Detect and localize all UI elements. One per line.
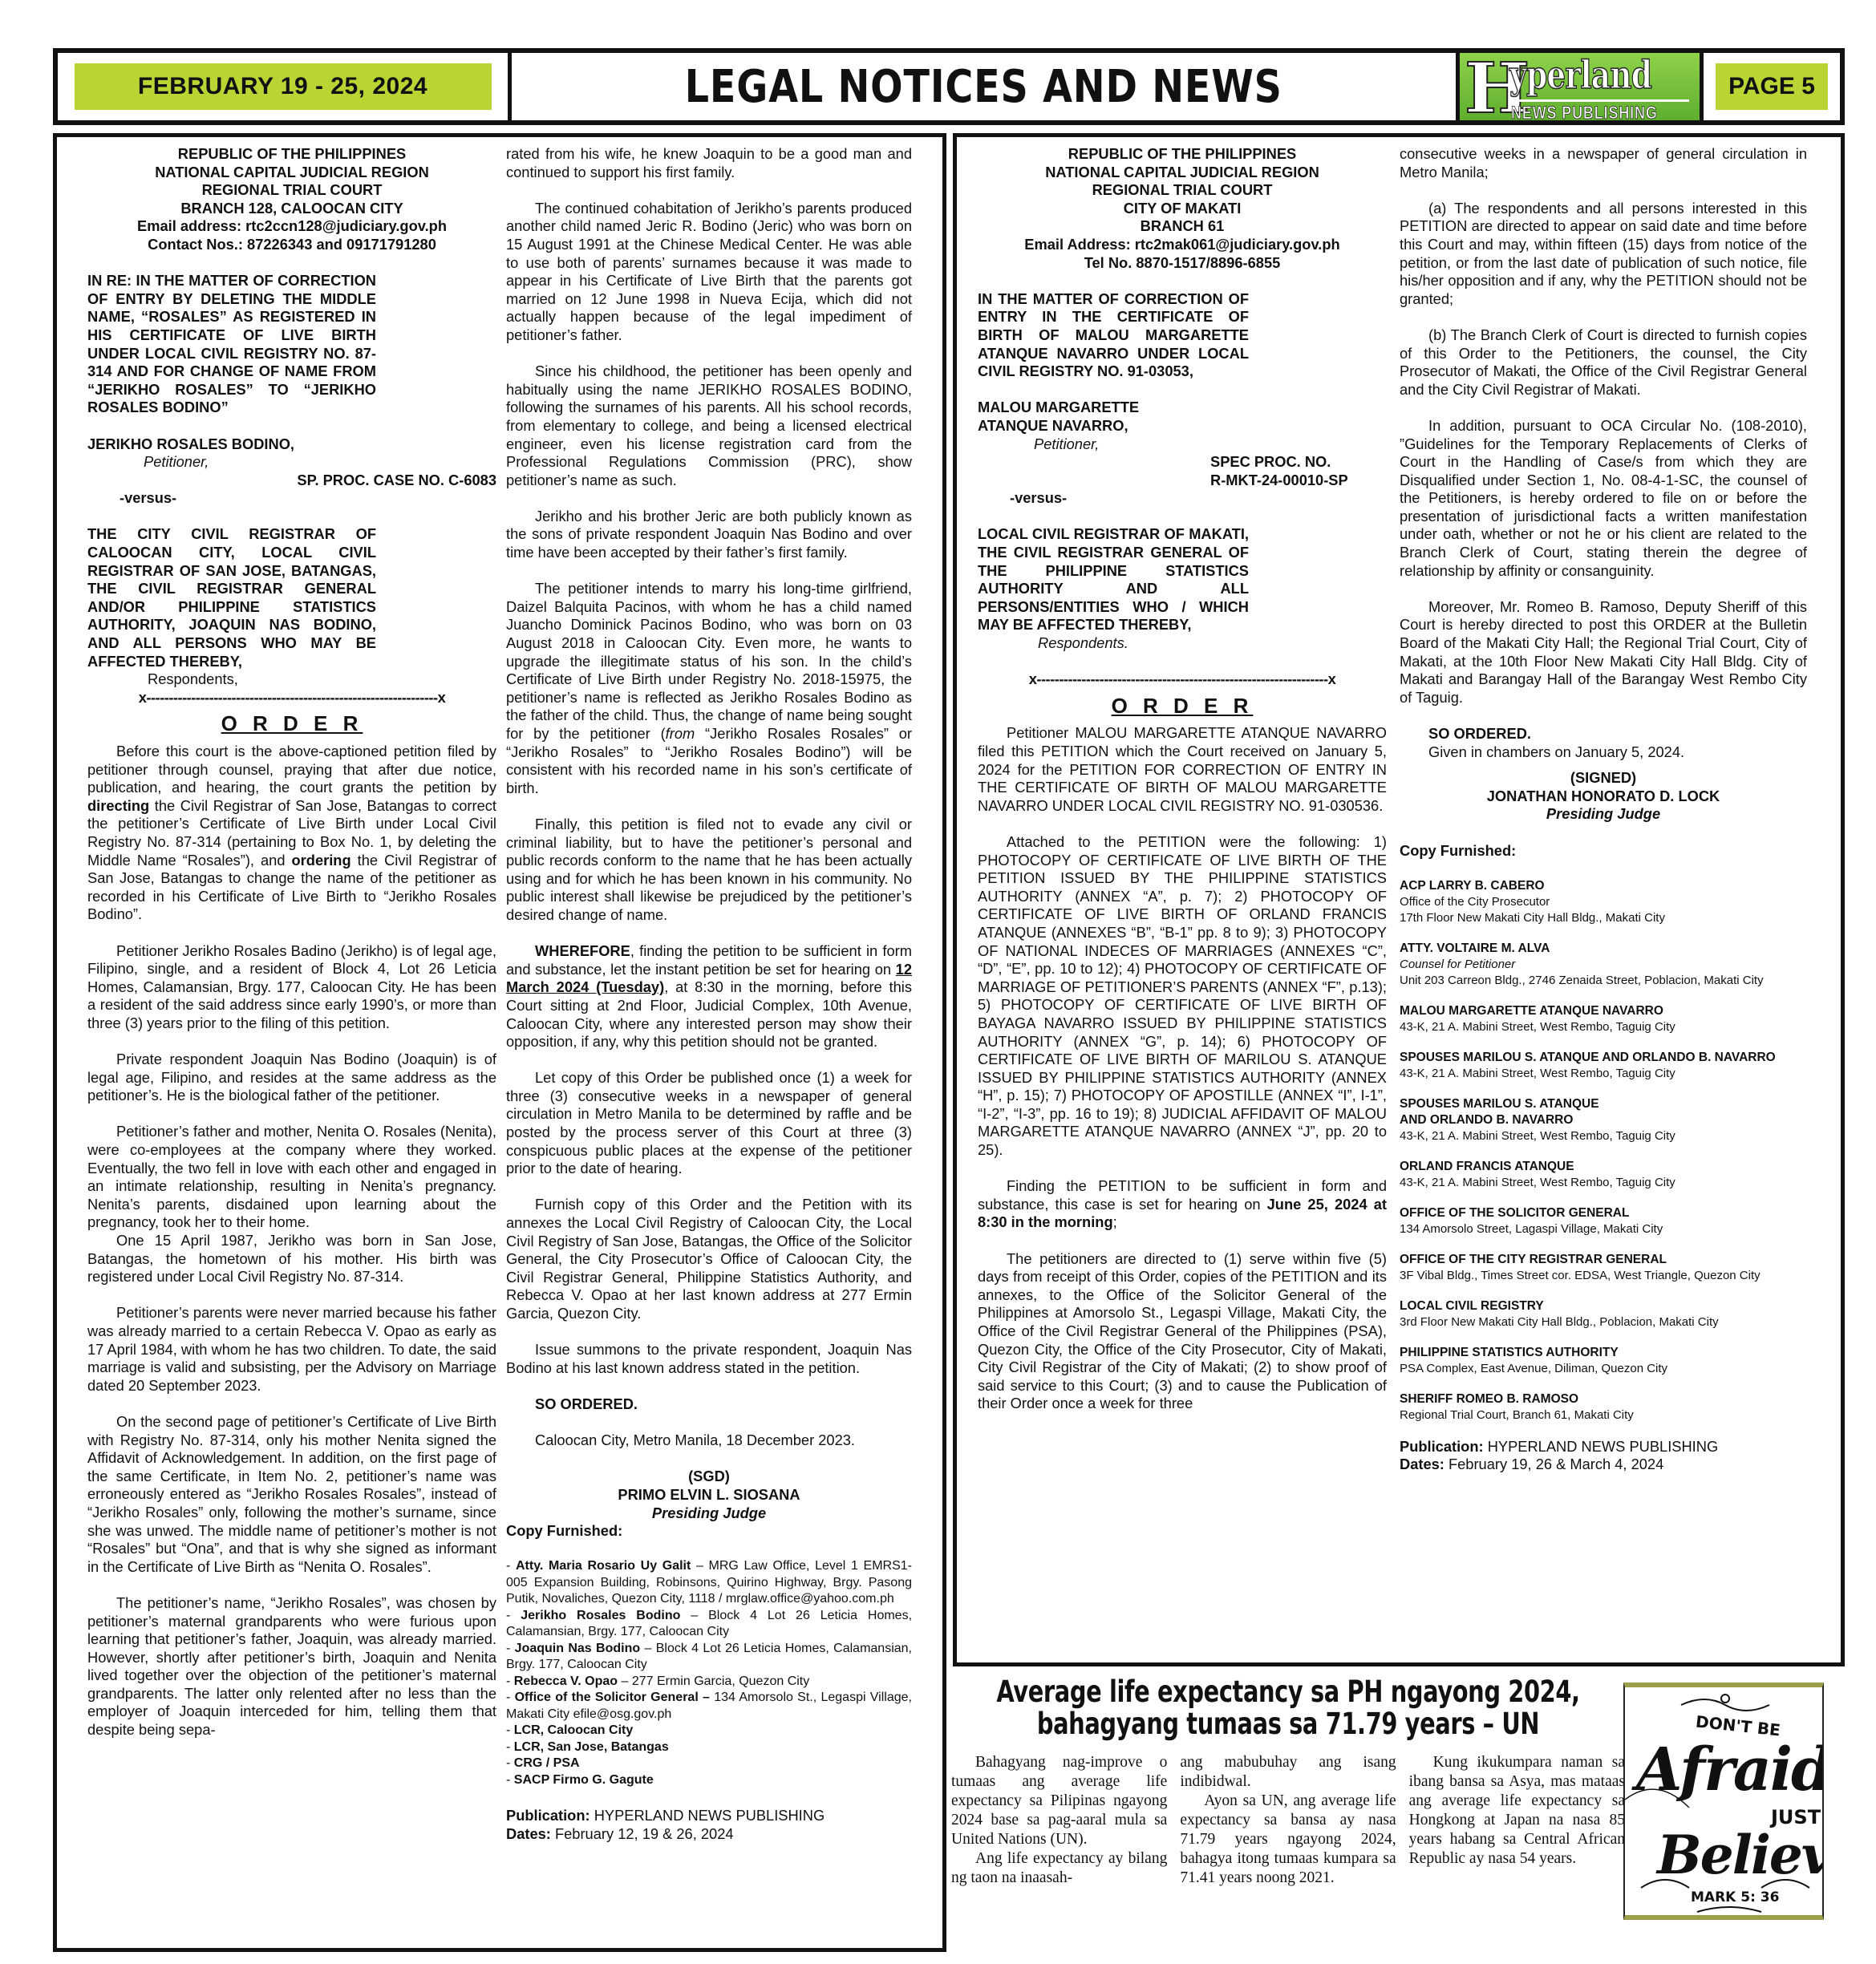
judge-title: Presiding Judge bbox=[1400, 805, 1807, 824]
case-number: R-MKT-24-00010-SP bbox=[978, 472, 1387, 490]
order-paragraph: On the second page of petitioner’s Certi… bbox=[87, 1413, 496, 1576]
case-caption: IN RE: IN THE MATTER OF CORRECTION OF EN… bbox=[87, 272, 376, 417]
copy-furnished-item: ORLAND FRANCIS ATANQUE 43-K, 21 A. Mabin… bbox=[1400, 1159, 1807, 1191]
article-paragraph: ang mabubuhay ang isang indibidwal. bbox=[1180, 1753, 1396, 1792]
order-paragraph: consecutive weeks in a newspaper of gene… bbox=[1400, 145, 1807, 181]
order-paragraph: Let copy of this Order be published once… bbox=[506, 1069, 912, 1178]
order-paragraph: The continued cohabitation of Jerikho’s … bbox=[506, 200, 912, 345]
copy-furnished-item: - Atty. Maria Rosario Uy Galit – MRG Law… bbox=[506, 1558, 912, 1608]
publication-dates: Dates: February 19, 26 & March 4, 2024 bbox=[1400, 1456, 1807, 1474]
copy-furnished-item: - LCR, San Jose, Batangas bbox=[506, 1739, 912, 1756]
notice2-column-1: REPUBLIC OF THE PHILIPPINES NATIONAL CAP… bbox=[978, 145, 1387, 1413]
wherefore-paragraph: WHEREFORE, finding the petition to be su… bbox=[506, 942, 912, 1051]
section-title: LEGAL NOTICES AND NEWS bbox=[685, 61, 1282, 113]
copy-furnished-item: OFFICE OF THE SOLICITOR GENERAL 134 Amor… bbox=[1400, 1205, 1807, 1237]
issue-date-cell: FEBRUARY 19 - 25, 2024 bbox=[58, 53, 512, 120]
copy-furnished-label: Copy Furnished: bbox=[1400, 842, 1807, 861]
respondents-label: Respondents, bbox=[87, 670, 496, 689]
logo-wordmark: yperland bbox=[1509, 53, 1651, 98]
directive-a: (a) The respondents and all persons inte… bbox=[1400, 200, 1807, 309]
copy-furnished-item: - LCR, Caloocan City bbox=[506, 1723, 912, 1739]
verse-line: Believe bbox=[1657, 1824, 1824, 1886]
copy-furnished-item: ATTY. VOLTAIRE M. ALVA Counsel for Petit… bbox=[1400, 941, 1807, 989]
section-title-cell: LEGAL NOTICES AND NEWS bbox=[512, 53, 1460, 120]
publication-dates: Dates: February 12, 19 & 26, 2024 bbox=[506, 1825, 912, 1844]
copy-furnished-item: OFFICE OF THE CITY REGISTRAR GENERAL 3F … bbox=[1400, 1252, 1807, 1284]
order-paragraph: The petitioners are directed to (1) serv… bbox=[978, 1250, 1387, 1413]
publisher-logo: H yperland NEWS PUBLISHING bbox=[1460, 53, 1704, 120]
publication-line: Publication: HYPERLAND NEWS PUBLISHING bbox=[506, 1807, 912, 1825]
court-email: Email address: rtc2ccn128@judiciary.gov.… bbox=[87, 217, 496, 236]
order-paragraph: Finally, this petition is filed not to e… bbox=[506, 816, 912, 925]
verse-line: Afraid bbox=[1636, 1735, 1824, 1804]
hearing-paragraph: Finding the PETITION to be sufficient in… bbox=[978, 1177, 1387, 1232]
petitioner-name: MALOU MARGARETTE bbox=[978, 399, 1387, 417]
verse-reference: MARK 5: 36 bbox=[1691, 1889, 1779, 1905]
copy-furnished-item: SPOUSES MARILOU S. ATANQUE AND ORLANDO B… bbox=[1400, 1096, 1807, 1144]
court-contact: Contact Nos.: 87226343 and 09171791280 bbox=[87, 236, 496, 254]
order-paragraph: Furnish copy of this Order and the Petit… bbox=[506, 1196, 912, 1322]
court-header-line: NATIONAL CAPITAL JUDICIAL REGION bbox=[978, 164, 1387, 182]
court-header-line: REPUBLIC OF THE PHILIPPINES bbox=[87, 145, 496, 164]
court-header-line: REGIONAL TRIAL COURT bbox=[87, 181, 496, 200]
order-paragraph: Moreover, Mr. Romeo B. Ramoso, Deputy Sh… bbox=[1400, 598, 1807, 707]
copy-furnished-list: ACP LARRY B. CABERO Office of the City P… bbox=[1400, 878, 1807, 1423]
court-header: REPUBLIC OF THE PHILIPPINES NATIONAL CAP… bbox=[978, 145, 1387, 272]
order-heading: O R D E R bbox=[978, 697, 1387, 715]
respondents: LOCAL CIVIL REGISTRAR OF MAKATI, THE CIV… bbox=[978, 525, 1249, 634]
article-headline: Average life expectancy sa PH ngayong 20… bbox=[950, 1676, 1626, 1740]
copy-furnished-item: - Joaquin Nas Bodino – Block 4 Lot 26 Le… bbox=[506, 1641, 912, 1674]
separator-line: x---------------------------------------… bbox=[87, 689, 496, 707]
place-date: Caloocan City, Metro Manila, 18 December… bbox=[506, 1431, 912, 1450]
order-paragraph: Petitioner’s parents were never married … bbox=[87, 1304, 496, 1395]
article-paragraph: Bahagyang nag-improve o tumaas ang avera… bbox=[951, 1753, 1167, 1849]
copy-furnished-item: - SACP Firmo G. Gagute bbox=[506, 1772, 912, 1789]
court-email: Email Address: rtc2mak061@judiciary.gov.… bbox=[978, 236, 1387, 254]
order-paragraph: Jerikho and his brother Jeric are both p… bbox=[506, 508, 912, 562]
petitioner-name: ATANQUE NAVARRO, bbox=[978, 417, 1387, 435]
petitioner-label: Petitioner, bbox=[87, 453, 496, 472]
copy-furnished-item: LOCAL CIVIL REGISTRY 3rd Floor New Makat… bbox=[1400, 1298, 1807, 1330]
issue-date: FEBRUARY 19 - 25, 2024 bbox=[75, 63, 492, 110]
article-column-2: ang mabubuhay ang isang indibidwal. Ayon… bbox=[1180, 1753, 1396, 1888]
court-header-line: NATIONAL CAPITAL JUDICIAL REGION bbox=[87, 164, 496, 182]
publication-line: Publication: HYPERLAND NEWS PUBLISHING bbox=[1400, 1438, 1807, 1456]
order-paragraph: Since his childhood, the petitioner has … bbox=[506, 362, 912, 489]
court-contact: Tel No. 8870-1517/8896-6855 bbox=[978, 254, 1387, 273]
copy-furnished-item: ACP LARRY B. CABERO Office of the City P… bbox=[1400, 878, 1807, 926]
copy-furnished-item: PHILIPPINE STATISTICS AUTHORITY PSA Comp… bbox=[1400, 1345, 1807, 1377]
so-ordered: SO ORDERED. bbox=[1400, 725, 1807, 743]
order-paragraph: In addition, pursuant to OCA Circular No… bbox=[1400, 417, 1807, 580]
logo-subtitle: NEWS PUBLISHING bbox=[1511, 103, 1658, 120]
copy-furnished-item: - Rebecca V. Opao – 277 Ermin Garcia, Qu… bbox=[506, 1674, 912, 1691]
court-header: REPUBLIC OF THE PHILIPPINES NATIONAL CAP… bbox=[87, 145, 496, 254]
notice1-column-2: rated from his wife, he knew Joaquin to … bbox=[506, 145, 912, 1843]
logo-divider bbox=[1513, 99, 1689, 102]
respondents: THE CITY CIVIL REGISTRAR OF CALOOCAN CIT… bbox=[87, 525, 376, 670]
court-header-line: REGIONAL TRIAL COURT bbox=[978, 181, 1387, 200]
bible-verse-artwork: DON'T BE Afraid JUST Believe MARK 5: 36 bbox=[1623, 1683, 1824, 1920]
article-paragraph: Kung ikukumpara naman sa ibang bansa sa … bbox=[1409, 1753, 1625, 1869]
order-paragraph: The petitioner intends to marry his long… bbox=[506, 580, 912, 797]
notice1-column-1: REPUBLIC OF THE PHILIPPINES NATIONAL CAP… bbox=[87, 145, 496, 1739]
news-article-life-expectancy: Average life expectancy sa PH ngayong 20… bbox=[951, 1676, 1625, 1957]
separator-line: x---------------------------------------… bbox=[978, 670, 1387, 689]
order-paragraph: Petitioner’s father and mother, Nenita O… bbox=[87, 1123, 496, 1232]
court-header-line: REPUBLIC OF THE PHILIPPINES bbox=[978, 145, 1387, 164]
order-paragraph: Private respondent Joaquin Nas Bodino (J… bbox=[87, 1051, 496, 1105]
order-paragraph: Issue summons to the private respondent,… bbox=[506, 1341, 912, 1377]
order-paragraph: Petitioner Jerikho Rosales Badino (Jerik… bbox=[87, 942, 496, 1033]
signed-mark: (SIGNED) bbox=[1400, 769, 1807, 788]
versus-label: -versus- bbox=[87, 489, 496, 508]
copy-furnished-list: - Atty. Maria Rosario Uy Galit – MRG Law… bbox=[506, 1558, 912, 1788]
order-heading: O R D E R bbox=[87, 715, 496, 733]
case-caption: IN THE MATTER OF CORRECTION OF ENTRY IN … bbox=[978, 290, 1249, 381]
copy-furnished-item: - Office of the Solicitor General – 134 … bbox=[506, 1690, 912, 1723]
given-date: Given in chambers on January 5, 2024. bbox=[1400, 743, 1807, 762]
order-paragraph: Attached to the PETITION were the follow… bbox=[978, 833, 1387, 1160]
masthead: FEBRUARY 19 - 25, 2024 LEGAL NOTICES AND… bbox=[53, 48, 1845, 125]
copy-furnished-item: SPOUSES MARILOU S. ATANQUE AND ORLANDO B… bbox=[1400, 1050, 1807, 1082]
court-header-line: BRANCH 61 bbox=[978, 217, 1387, 236]
order-paragraph: Before this court is the above-captioned… bbox=[87, 743, 496, 924]
page-number: PAGE 5 bbox=[1716, 63, 1828, 110]
article-column-3: Kung ikukumpara naman sa ibang bansa sa … bbox=[1409, 1753, 1625, 1888]
copy-furnished-label: Copy Furnished: bbox=[506, 1522, 912, 1541]
case-number: SPEC PROC. NO. bbox=[978, 453, 1387, 472]
directive-b: (b) The Branch Clerk of Court is directe… bbox=[1400, 326, 1807, 399]
judge-name: JONATHAN HONORATO D. LOCK bbox=[1400, 788, 1807, 806]
order-paragraph: One 15 April 1987, Jerikho was born in S… bbox=[87, 1232, 496, 1286]
case-number: SP. PROC. CASE NO. C-6083 bbox=[87, 472, 496, 490]
copy-furnished-item: - CRG / PSA bbox=[506, 1755, 912, 1772]
copy-furnished-item: - Jerikho Rosales Bodino – Block 4 Lot 2… bbox=[506, 1608, 912, 1641]
article-paragraph: Ang life expectancy ay bilang ng taon na… bbox=[951, 1849, 1167, 1888]
notice2-column-2: consecutive weeks in a newspaper of gene… bbox=[1400, 145, 1807, 1474]
copy-furnished-item: SHERIFF ROMEO B. RAMOSO Regional Trial C… bbox=[1400, 1391, 1807, 1423]
article-paragraph: Ayon sa UN, ang average life expectancy … bbox=[1180, 1792, 1396, 1888]
legal-notice-makati: REPUBLIC OF THE PHILIPPINES NATIONAL CAP… bbox=[953, 133, 1845, 1666]
article-column-1: Bahagyang nag-improve o tumaas ang avera… bbox=[951, 1753, 1167, 1888]
judge-name: PRIMO ELVIN L. SIOSANA bbox=[506, 1486, 912, 1504]
versus-label: -versus- bbox=[978, 489, 1387, 508]
petitioner-name: JERIKHO ROSALES BODINO, bbox=[87, 435, 496, 454]
article-body: Bahagyang nag-improve o tumaas ang avera… bbox=[951, 1753, 1625, 1888]
petitioner-label: Petitioner, bbox=[978, 435, 1387, 454]
order-paragraph: Petitioner MALOU MARGARETTE ATANQUE NAVA… bbox=[978, 724, 1387, 815]
court-header-line: CITY OF MAKATI bbox=[978, 200, 1387, 218]
signed-mark: (SGD) bbox=[506, 1468, 912, 1486]
order-paragraph: rated from his wife, he knew Joaquin to … bbox=[506, 145, 912, 181]
page-number-cell: PAGE 5 bbox=[1704, 53, 1840, 120]
legal-notice-caloocan: REPUBLIC OF THE PHILIPPINES NATIONAL CAP… bbox=[53, 133, 946, 1952]
order-paragraph: The petitioner’s name, “Jerikho Rosales”… bbox=[87, 1594, 496, 1739]
judge-title: Presiding Judge bbox=[506, 1504, 912, 1523]
respondents-label: Respondents. bbox=[978, 634, 1387, 653]
court-header-line: BRANCH 128, CALOOCAN CITY bbox=[87, 200, 496, 218]
copy-furnished-item: MALOU MARGARETTE ATANQUE NAVARRO 43-K, 2… bbox=[1400, 1003, 1807, 1035]
so-ordered: SO ORDERED. bbox=[506, 1395, 912, 1414]
